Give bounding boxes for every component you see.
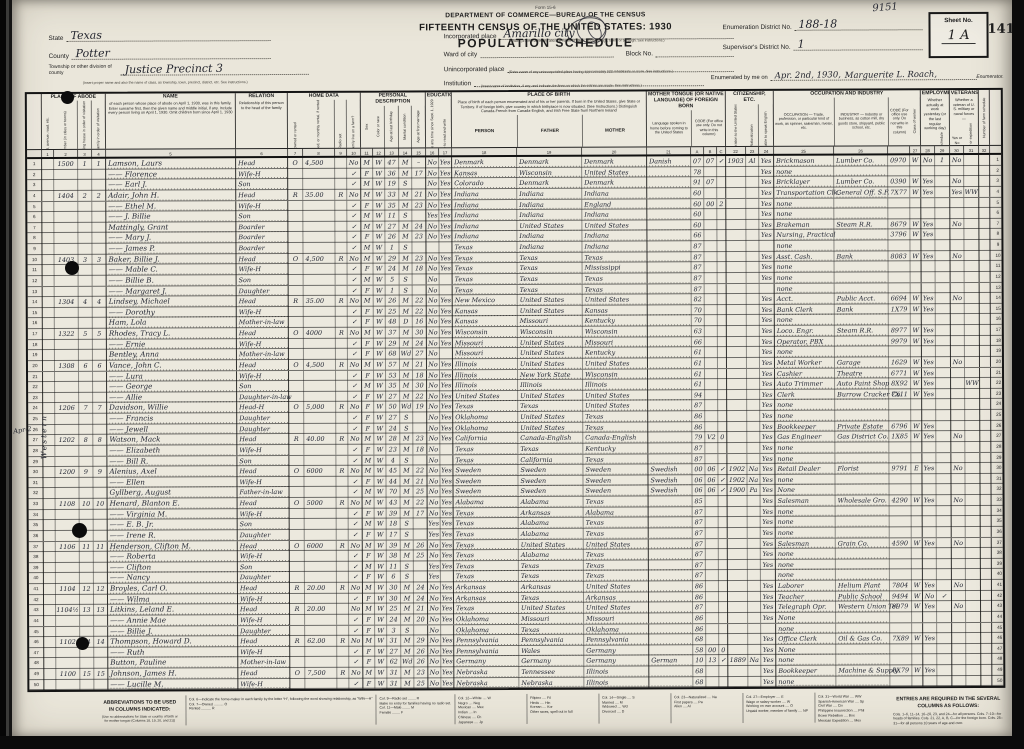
cell-war: [965, 452, 980, 463]
cell-birthplace_father: Alabama: [519, 518, 584, 529]
cell-name: —— Earl J.: [106, 179, 236, 190]
cell-family_number: 15: [94, 669, 108, 680]
cell-immigration_year: [726, 209, 746, 220]
cell-age: 27: [387, 646, 401, 657]
cell-color_race: W: [375, 604, 387, 615]
cell-speaks_english: Yes: [761, 655, 776, 666]
cell-line_no_left: 33: [29, 499, 44, 510]
cell-at_work: [922, 474, 936, 485]
column-number: [27, 150, 42, 159]
cell-worker_class: [911, 410, 922, 421]
cell-worker_class: W: [911, 336, 922, 347]
cell-at_work: [921, 240, 935, 251]
cell-unemployment_line: [935, 240, 950, 251]
column-subheader: PERSON: [452, 115, 517, 147]
cell-marital_condition: M: [399, 200, 412, 211]
cell-occupation: none: [776, 655, 836, 666]
cell-owned_or_rented: O: [289, 360, 304, 371]
cell-mother_tongue: [648, 316, 692, 327]
cell-speaks_english: [761, 570, 776, 581]
cell-code_c: [718, 305, 727, 316]
cell-naturalization: [748, 613, 761, 624]
cell-radio_set: [336, 317, 348, 328]
cell-dwelling_number: 8: [79, 435, 93, 446]
cell-line_no_left: 31: [28, 478, 43, 489]
cell-dwelling_number: [78, 244, 92, 255]
cell-age_first_marriage: 24: [412, 221, 426, 232]
cell-immigration_year: [727, 262, 747, 273]
cell-attended_school: No: [427, 476, 440, 487]
cell-house_number: [56, 510, 80, 521]
cell-read_write: Yes: [441, 582, 454, 593]
cell-farm_schedule: [980, 282, 991, 293]
cell-speaks_english: Yes: [761, 591, 776, 602]
cell-house_number: 1308: [55, 361, 79, 372]
cell-at_work: [922, 346, 936, 357]
cell-line_no_left: 11: [28, 265, 43, 276]
cell-industry: [834, 208, 888, 219]
cell-owned_or_rented: [290, 530, 305, 541]
cell-owned_or_rented: [288, 169, 303, 180]
cell-radio_set: [336, 370, 348, 381]
cell-occupation_code: 6694: [889, 293, 911, 304]
cell-age_first_marriage: 24: [413, 338, 427, 349]
cell-attended_school: No: [426, 168, 439, 179]
cell-farm: ✓: [349, 508, 363, 519]
cell-veteran: No: [952, 538, 966, 549]
legend-line: Divorced .... D: [602, 709, 667, 714]
cell-street: [43, 297, 55, 308]
cell-name: —— Francis: [107, 413, 237, 424]
cell-marital_condition: M: [400, 370, 413, 381]
cell-birthplace: Missouri: [453, 348, 518, 359]
cell-code_a: 70: [692, 305, 705, 316]
cell-line_no_left: 24: [28, 403, 43, 414]
cell-color_race: W: [375, 678, 387, 689]
cell-owned_or_rented: [289, 349, 304, 360]
cell-speaks_english: Yes: [761, 560, 776, 571]
cell-veteran: [951, 410, 965, 421]
cell-code_b: [705, 284, 718, 295]
cell-war: [966, 516, 981, 527]
cell-code_c: [719, 602, 728, 613]
cell-veteran: [952, 623, 966, 634]
column-subheader: INDUSTRY — Industry or business, as cott…: [834, 97, 888, 145]
cell-house_number: [55, 456, 79, 467]
cell-unemployment_line: [936, 314, 951, 325]
column-group-citizenship: CITIZENSHIP, ETC.Year of immigration to …: [726, 91, 774, 146]
cell-immigration_year: [728, 517, 748, 528]
cell-industry: [836, 517, 890, 528]
cell-occupation_code: [890, 676, 912, 687]
column-number: 27: [910, 146, 921, 155]
cell-color_race: W: [374, 413, 386, 424]
cell-naturalization: [748, 677, 761, 688]
cell-farm_schedule: [980, 346, 991, 357]
cell-marital_condition: M: [400, 359, 413, 370]
cell-radio_set: [335, 200, 347, 211]
cell-dwelling_number: [79, 382, 93, 393]
cell-worker_class: W: [910, 176, 921, 187]
column-subheader: Yes or No: [950, 123, 964, 146]
cell-read_write: Yes: [439, 200, 452, 211]
cell-street: [44, 605, 56, 616]
cell-veteran: [952, 591, 966, 602]
cell-birthplace: Texas: [452, 242, 517, 253]
cell-birthplace: Texas: [454, 518, 519, 529]
cell-attended_school: No: [427, 274, 440, 285]
cell-unemployment_line: [935, 229, 950, 240]
cell-radio_set: [335, 158, 347, 169]
cell-occupation_code: [890, 644, 912, 655]
cell-occupation_code: [889, 283, 911, 294]
cell-code_a: 91: [691, 177, 704, 188]
cell-radio_set: [336, 349, 348, 360]
cell-code_c: ✓: [717, 156, 726, 167]
cell-birthplace_mother: Texas: [583, 454, 648, 465]
cell-naturalization: [748, 528, 761, 539]
cell-birthplace_father: United States: [518, 412, 583, 423]
cell-code_b: [704, 241, 717, 252]
cell-speaks_english: Yes: [759, 166, 774, 177]
cell-at_work: Yes: [922, 357, 936, 368]
cell-naturalization: [748, 560, 761, 571]
cell-industry: Western Union Tel.: [836, 602, 890, 613]
cell-marital_condition: M: [400, 434, 413, 445]
cell-speaks_english: Yes: [760, 411, 775, 422]
cell-relation: Wife-H: [237, 477, 289, 488]
cell-read_write: Yes: [441, 561, 454, 572]
cell-code_a: 87: [692, 284, 705, 295]
cell-immigration_year: [726, 241, 746, 252]
cell-birthplace_mother: England: [582, 199, 647, 210]
cell-read_write: Yes: [439, 232, 452, 243]
cell-occupation_code: 8083: [888, 251, 910, 262]
cell-occupation_code: 8X79: [890, 665, 912, 676]
cell-war: [964, 166, 979, 177]
cell-code_b: [704, 209, 717, 220]
cell-at_work: Yes: [921, 230, 935, 241]
cell-at_work: [923, 506, 937, 517]
cell-sex: M: [361, 221, 373, 232]
cell-marital_condition: M: [399, 221, 412, 232]
cell-worker_class: W: [912, 665, 923, 676]
column-number: 2: [54, 150, 78, 159]
cell-naturalization: [746, 177, 759, 188]
cell-immigration_year: [727, 326, 747, 337]
cell-farm: No: [349, 540, 363, 551]
cell-naturalization: [746, 220, 759, 231]
cell-occupation_code: 8979: [890, 602, 912, 613]
cell-dwelling_number: [80, 552, 94, 563]
cell-speaks_english: [760, 283, 775, 294]
cell-line_no_left: 35: [29, 520, 44, 531]
cell-naturalization: [747, 337, 760, 348]
cell-family_number: [92, 223, 106, 234]
cell-immigration_year: [728, 634, 748, 645]
cell-farm: ✓: [349, 593, 363, 604]
cell-code_a: 61: [692, 347, 705, 358]
cell-worker_class: [912, 548, 923, 559]
cell-house_number: [55, 371, 79, 382]
cell-veteran: [952, 548, 966, 559]
cell-unemployment_line: [936, 304, 951, 315]
cell-occupation_code: [889, 347, 911, 358]
cell-attended_school: Yes: [428, 572, 441, 583]
cell-radio_set: [336, 381, 348, 392]
cell-occupation: Brickmason: [774, 156, 834, 167]
cell-attended_school: No: [428, 646, 441, 657]
cell-family_number: [93, 371, 107, 382]
cell-marital_condition: M: [400, 466, 413, 477]
cell-birthplace: Denmark: [452, 157, 517, 168]
cell-line_no_right: 30: [991, 463, 1006, 474]
cell-name: —— Ernie: [107, 339, 237, 350]
cell-marital_condition: S: [400, 285, 413, 296]
cell-sex: F: [362, 370, 374, 381]
cell-birthplace: New Mexico: [453, 295, 518, 306]
cell-relation: Boarder: [236, 232, 288, 243]
scanned-census-sheet: 9151 State Texas County Potter Township …: [0, 0, 1024, 749]
cell-age_first_marriage: 22: [413, 295, 427, 306]
cell-code_b: V2: [705, 432, 718, 443]
group-title: PERSONAL DESCRIPTION: [361, 92, 425, 105]
cell-occupation: none: [775, 283, 835, 294]
cell-naturalization: [748, 517, 761, 528]
cell-street: [42, 191, 54, 202]
cell-worker_class: W: [912, 591, 923, 602]
cell-home_value: [303, 168, 335, 179]
cell-birthplace_father: Alabama: [519, 529, 584, 540]
cell-marital_condition: M: [400, 306, 413, 317]
cell-industry: [835, 347, 889, 358]
cell-color_race: W: [374, 391, 386, 402]
cell-age: 27: [385, 221, 399, 232]
cell-street: [42, 180, 54, 191]
column-subheader: Marital condition: [399, 105, 412, 147]
column-number: 11: [361, 149, 373, 158]
cell-age_first_marriage: 21: [413, 476, 427, 487]
cell-marital_condition: S: [400, 455, 413, 466]
cell-code_b: [705, 337, 718, 348]
cell-code_c: 0: [718, 432, 727, 443]
cell-code_c: [718, 337, 727, 348]
column-subheader: Class of worker: [910, 97, 921, 145]
cell-farm: ✓: [348, 445, 362, 456]
cell-immigration_year: [727, 283, 747, 294]
cell-home_value: [304, 423, 336, 434]
cell-read_write: Yes: [440, 370, 453, 381]
cell-worker_class: [912, 516, 923, 527]
cell-occupation: Loco. Engr.: [775, 326, 835, 337]
cell-sex: F: [362, 317, 374, 328]
column-number: [888, 146, 910, 155]
cell-birthplace_father: United States: [518, 305, 583, 316]
cell-veteran: No: [952, 580, 966, 591]
cell-dwelling_number: [79, 414, 93, 425]
cell-speaks_english: Yes: [761, 506, 776, 517]
cell-worker_class: [911, 261, 922, 272]
cell-occupation: none: [775, 262, 835, 273]
cell-immigration_year: [728, 549, 748, 560]
cell-farm: ✓: [348, 349, 362, 360]
cell-unemployment_line: [936, 378, 951, 389]
cell-occupation_code: 8679: [888, 219, 910, 230]
cell-birthplace_mother: Sweden: [583, 465, 648, 476]
cell-owned_or_rented: [288, 200, 303, 211]
cell-naturalization: [747, 347, 760, 358]
cell-marital_condition: M: [401, 593, 414, 604]
cell-code_b: [706, 624, 719, 635]
cell-farm_schedule: [981, 506, 992, 517]
cell-attended_school: No: [428, 593, 441, 604]
cell-birthplace: Illinois: [453, 380, 518, 391]
cell-house_number: [54, 212, 78, 223]
cell-code_c: [718, 369, 727, 380]
cell-sex: M: [362, 381, 374, 392]
cell-birthplace_father: Texas: [519, 624, 584, 635]
cell-sex: M: [361, 253, 373, 264]
cell-at_work: [922, 315, 936, 326]
cell-speaks_english: Yes: [760, 400, 775, 411]
column-group-occupation-industry: OCCUPATION AND INDUSTRYOCCUPATION — Trad…: [774, 90, 921, 146]
cell-code_b: [705, 443, 718, 454]
cell-marital_condition: S: [401, 561, 414, 572]
cell-unemployment_line: [935, 219, 950, 230]
cell-farm_schedule: [979, 176, 990, 187]
cell-birthplace: Indiana: [452, 199, 517, 210]
cell-code_b: [706, 549, 719, 560]
cell-house_number: [56, 680, 80, 691]
cell-home_value: [303, 200, 335, 211]
cell-attended_school: No: [427, 327, 440, 338]
cell-industry: [836, 485, 890, 496]
cell-veteran: [952, 506, 966, 517]
cell-sex: M: [362, 359, 374, 370]
cell-age_first_marriage: 26: [414, 540, 428, 551]
cell-read_write: [440, 349, 453, 360]
cell-birthplace_mother: Canada-English: [583, 433, 648, 444]
cell-sex: F: [362, 285, 374, 296]
cell-unemployment_line: [937, 484, 952, 495]
cell-color_race: W: [374, 466, 386, 477]
cell-immigration_year: [727, 358, 747, 369]
cell-occupation: none: [775, 400, 835, 411]
cell-code_a: 87: [693, 571, 706, 582]
cell-name: —— Roberta: [108, 551, 238, 562]
cell-sex: F: [362, 264, 374, 275]
cell-farm: No: [347, 190, 361, 201]
cell-naturalization: [747, 411, 760, 422]
cell-sex: M: [361, 189, 373, 200]
cell-age: 25: [386, 306, 400, 317]
cell-code_b: [705, 326, 718, 337]
cell-code_c: [718, 390, 727, 401]
cell-marital_condition: M: [401, 551, 414, 562]
cell-sex: F: [363, 508, 375, 519]
cell-color_race: W: [375, 583, 387, 594]
census-title: FIFTEENTH CENSUS OF THE UNITED STATES: 1…: [380, 21, 710, 33]
cell-industry: [834, 230, 888, 241]
cell-birthplace_mother: Indiana: [582, 210, 647, 221]
cell-radio_set: [337, 657, 349, 668]
cell-at_work: Yes: [922, 389, 936, 400]
cell-age: 17: [387, 529, 401, 540]
cell-owned_or_rented: O: [288, 254, 303, 265]
cell-war: [966, 644, 981, 655]
cell-family_number: [93, 382, 107, 393]
cell-industry: [836, 655, 890, 666]
cell-dwelling_number: 7: [79, 403, 93, 414]
cell-code_c: [718, 400, 727, 411]
cell-relation: Son: [238, 519, 290, 530]
cell-sex: M: [362, 296, 374, 307]
cell-family_number: [94, 594, 108, 605]
cell-house_number: 1108: [56, 499, 80, 510]
cell-naturalization: [748, 507, 761, 518]
cell-farm_schedule: [981, 591, 992, 602]
cell-name: —— Billie J.: [108, 626, 238, 637]
cell-attended_school: No: [427, 402, 440, 413]
cell-occupation: Bookkeeper: [775, 421, 835, 432]
cell-mother_tongue: [647, 167, 691, 178]
cell-war: [966, 622, 981, 633]
cell-occupation: Salesman: [776, 538, 836, 549]
cell-farm_schedule: [980, 421, 991, 432]
cell-unemployment_line: [937, 527, 952, 538]
cell-age_first_marriage: 24: [414, 582, 428, 593]
institution-note: (Insert name of institution, if any, and…: [481, 84, 706, 89]
cell-street: [42, 170, 54, 181]
cell-age: 35: [386, 381, 400, 392]
cell-at_work: [922, 442, 936, 453]
cell-occupation: Acct.: [775, 294, 835, 305]
cell-name: Johnson, James H.: [108, 668, 238, 679]
cell-family_number: [93, 478, 107, 489]
cell-farm_schedule: [981, 601, 992, 612]
cell-age: 30: [387, 582, 401, 593]
cell-naturalization: [746, 167, 759, 178]
cell-farm_schedule: [980, 314, 991, 325]
cell-veteran: No: [951, 357, 965, 368]
cell-war: [965, 272, 980, 283]
cell-speaks_english: Yes: [760, 421, 775, 432]
cell-naturalization: [747, 262, 760, 273]
cell-veteran: [952, 516, 966, 527]
cell-farm_schedule: [980, 357, 991, 368]
cell-worker_class: W: [910, 155, 921, 166]
column-number: A: [691, 147, 704, 156]
legend-title-block: ABBREVIATIONS TO BE USED IN COLUMNS INDI…: [101, 695, 178, 723]
cell-age_first_marriage: 25: [414, 487, 428, 498]
cell-age_first_marriage: 22: [413, 306, 427, 317]
cell-birthplace_mother: Texas: [583, 273, 648, 284]
cell-immigration_year: [727, 337, 747, 348]
cell-speaks_english: Yes: [761, 581, 776, 592]
cell-worker_class: E: [911, 463, 922, 474]
cell-color_race: W: [375, 540, 387, 551]
cell-dwelling_number: [79, 339, 93, 350]
cell-sex: F: [363, 646, 375, 657]
cell-occupation_code: [888, 240, 910, 251]
cell-worker_class: W: [911, 357, 922, 368]
cell-unemployment_line: [936, 399, 951, 410]
cell-code_c: [719, 570, 728, 581]
cell-code_a: 00: [692, 464, 705, 475]
cell-birthplace_father: Alabama: [519, 497, 584, 508]
cell-farm_schedule: [980, 325, 991, 336]
cell-birthplace_father: Alabama: [519, 550, 584, 561]
